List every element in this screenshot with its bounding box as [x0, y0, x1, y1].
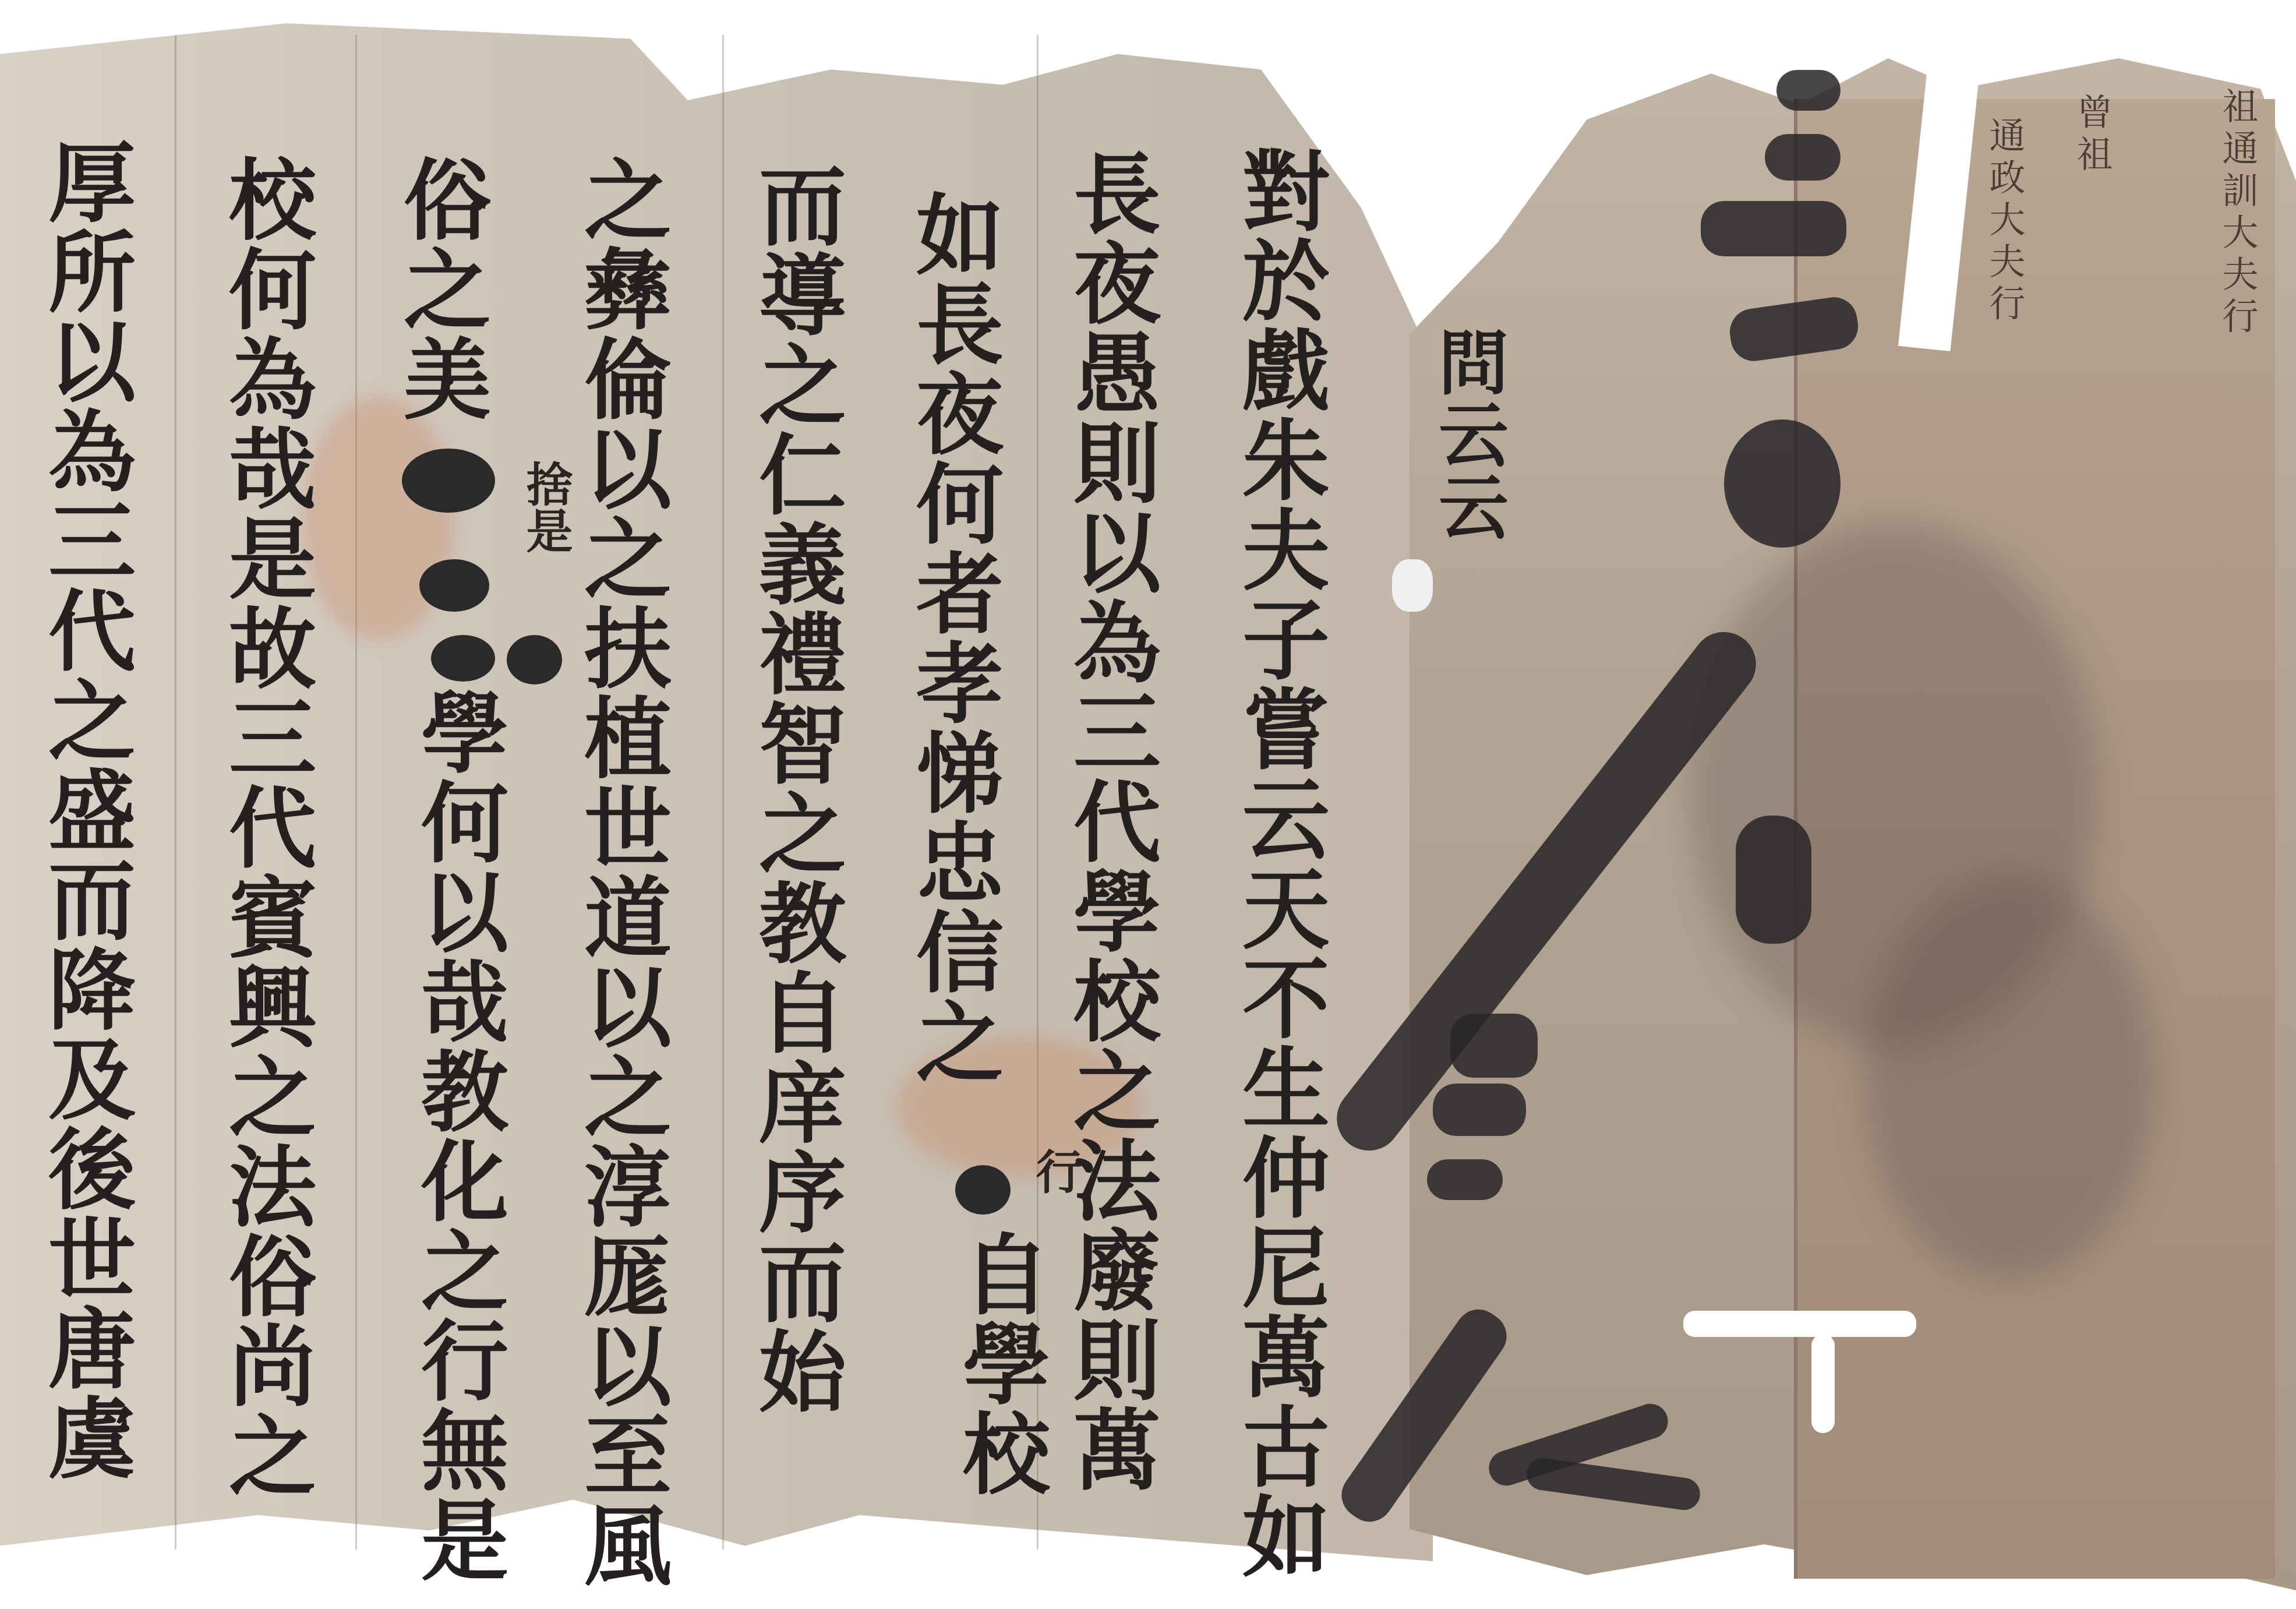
question-label: 問云云 [1433, 326, 1503, 543]
grade-stroke [1701, 201, 1846, 256]
grade-stroke [1765, 134, 1841, 181]
grade-stroke [1433, 1084, 1526, 1136]
text-column-1: 對於戲朱夫子嘗云天不生仲尼萬古如 [1235, 146, 1322, 1581]
lineage-line-2: 曾祖 [2074, 93, 2110, 177]
fold-line [722, 35, 724, 1550]
text-column-3-part1: 如長夜何者孝悌忠信之 [901, 189, 1004, 1086]
lineage-line-1: 祖通訓大夫行 [2219, 87, 2255, 339]
text-column-3-continued: 自學校 [955, 1229, 1043, 1498]
grade-stroke [1736, 816, 1811, 944]
grade-stroke [1724, 419, 1841, 548]
ink-blot [419, 559, 489, 612]
ink-blot [507, 635, 562, 684]
interlinear-correction: 捨是 [513, 460, 580, 553]
ink-blot [431, 635, 495, 682]
dirt-smudge [1864, 874, 2155, 1282]
fold-line [175, 35, 176, 1550]
text-column-8: 厚所以為三代之盛而降及後世唐虞 [41, 137, 128, 1483]
text-column-6-continued: 學何以哉教化之行無是 [414, 687, 501, 1585]
grade-stroke [1427, 1159, 1503, 1200]
paper-tear [1683, 1311, 1916, 1337]
interlinear-correction: 行 [1022, 1148, 1089, 1194]
grade-stroke [1450, 1014, 1538, 1078]
lineage-line-3: 通政大夫行 [1986, 117, 2022, 326]
ink-blot [402, 449, 495, 513]
paper-hole [1392, 559, 1433, 612]
text-column-4: 而導之仁義禮智之教自庠序而始 [751, 160, 839, 1416]
paper-tear [1811, 1334, 1835, 1433]
text-column-6: 俗之美 [396, 154, 483, 424]
text-column-7: 校何為哉是故三代賓興之法俗尚之 [221, 154, 309, 1500]
ink-blot [955, 1165, 1011, 1215]
text-column-3: 如長夜何者孝悌忠信之 [909, 189, 996, 1086]
text-column-2: 長夜愚則以為三代學校之法廢則萬 [1066, 149, 1153, 1494]
fold-line [355, 35, 357, 1550]
grade-stroke [1776, 70, 1841, 111]
text-column-5: 之彝倫以之扶植世道以之淳厖以至風 [577, 154, 664, 1590]
